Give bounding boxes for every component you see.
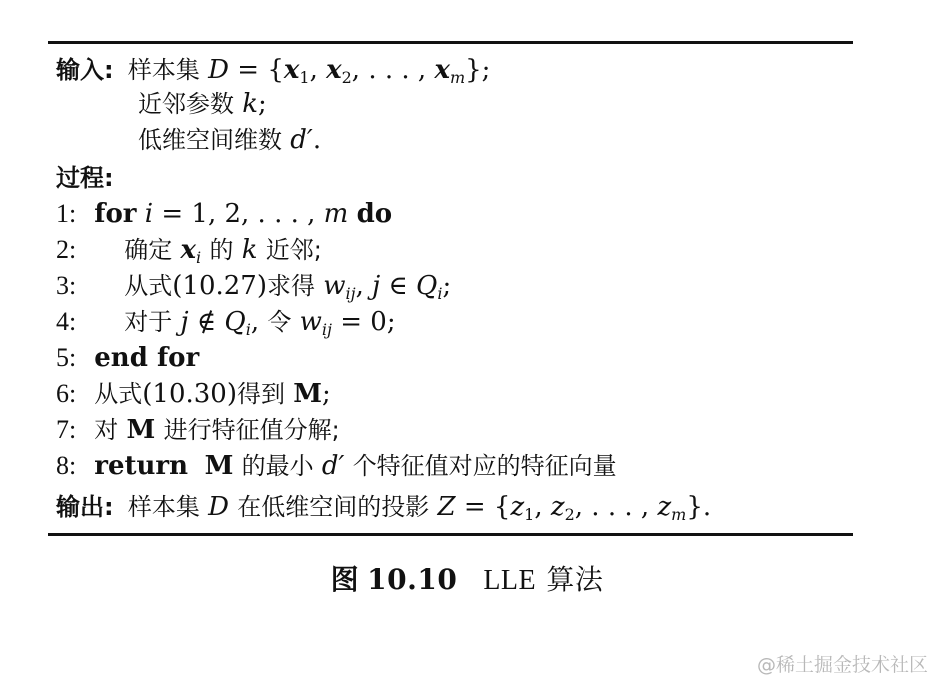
subscript: 1	[299, 68, 309, 87]
var-j: j	[181, 307, 189, 337]
step-number: 6:	[56, 376, 86, 412]
subscript: 2	[565, 505, 575, 524]
var-d-prime: d′	[322, 451, 345, 481]
input-line-2: 近邻参数 k;	[138, 86, 267, 122]
var-z: z	[510, 492, 524, 522]
element-of: ∈	[380, 271, 416, 301]
step-number: 3:	[56, 268, 86, 304]
set-end: };	[465, 55, 490, 85]
subscript: ij	[322, 320, 332, 339]
eq: = {	[229, 55, 284, 85]
matrix-M: M	[127, 415, 156, 445]
figure-caption: 图10.10LLE 算法	[0, 560, 934, 601]
step-text: 的	[209, 236, 233, 264]
equation-ref: (10.30)	[142, 379, 237, 409]
var-x: x	[326, 55, 342, 85]
keyword-for: for	[94, 199, 136, 229]
output-label: 输出:	[56, 493, 114, 521]
ellipsis: , . . . ,	[575, 492, 658, 522]
input-text: 样本集	[128, 56, 200, 84]
step-6: 6: 从式(10.30)得到 M;	[56, 376, 331, 412]
caption-title: LLE	[483, 565, 536, 596]
process-label: 过程:	[56, 164, 114, 192]
watermark: @稀土掘金技术社区	[757, 650, 928, 677]
output-line: 输出: 样本集 D 在低维空间的投影 Z = {z1, z2, . . . , …	[56, 489, 711, 525]
var-j: j	[372, 271, 380, 301]
input-line-1: 输入: 样本集 D = {x1, x2, . . . , xm};	[56, 52, 490, 88]
process-heading: 过程:	[56, 160, 114, 196]
step-number: 4:	[56, 304, 86, 340]
matrix-M: M	[205, 451, 234, 481]
punct: .	[313, 125, 321, 155]
step-text: 确定	[124, 236, 172, 264]
step-text: 从式	[124, 272, 172, 300]
step-text: 从式	[94, 380, 142, 408]
step-text: 的最小	[242, 452, 314, 480]
step-4: 4: 对于 j ∉ Qi, 令 wij = 0;	[56, 304, 396, 340]
var-D: D	[208, 55, 229, 85]
var-i: i	[145, 199, 153, 229]
step-text: 近邻;	[266, 236, 322, 264]
subscript: m	[671, 505, 686, 524]
punct: ;	[258, 89, 267, 119]
var-x: x	[284, 55, 300, 85]
step-text: 得到	[237, 380, 285, 408]
range: = 1, 2, . . . ,	[153, 199, 324, 229]
comma: ,	[310, 55, 327, 85]
punct: ;	[322, 379, 331, 409]
step-text: 求得	[267, 272, 315, 300]
subscript: 1	[524, 505, 534, 524]
var-w: w	[300, 307, 322, 337]
subscript: m	[450, 68, 465, 87]
output-text: 样本集	[128, 493, 200, 521]
var-x: x	[434, 55, 450, 85]
step-number: 1:	[56, 196, 86, 232]
caption-number: 10.10	[367, 563, 457, 596]
bottom-rule	[48, 533, 853, 536]
subscript: 2	[342, 68, 352, 87]
var-k: k	[242, 235, 258, 265]
step-8: 8: return M 的最小 d′ 个特征值对应的特征向量	[56, 448, 617, 484]
step-number: 8:	[56, 448, 86, 484]
var-k: k	[242, 89, 258, 119]
step-number: 2:	[56, 232, 86, 268]
comma: ,	[251, 307, 268, 337]
caption-title-cjk: 算法	[546, 563, 603, 596]
var-w: w	[323, 271, 345, 301]
var-Q: Q	[416, 271, 437, 301]
input-line-3: 低维空间维数 d′.	[138, 122, 321, 158]
step-number: 7:	[56, 412, 86, 448]
input-text: 近邻参数	[138, 90, 234, 118]
comma: ,	[356, 271, 373, 301]
input-text: 低维空间维数	[138, 126, 282, 154]
keyword-return: return	[94, 451, 188, 481]
step-text: 个特征值对应的特征向量	[353, 452, 617, 480]
equation-ref: (10.27)	[172, 271, 267, 301]
eq: = {	[456, 492, 511, 522]
input-label: 输入:	[56, 56, 114, 84]
step-2: 2: 确定 xi 的 k 近邻;	[56, 232, 322, 268]
step-number: 5:	[56, 340, 86, 376]
step-7: 7: 对 M 进行特征值分解;	[56, 412, 340, 448]
subscript: ij	[346, 284, 356, 303]
step-text: 对于	[124, 308, 172, 336]
var-z: z	[551, 492, 565, 522]
step-5: 5: end for	[56, 340, 199, 376]
var-m: m	[324, 199, 349, 229]
keyword-do: do	[357, 199, 393, 229]
subscript: i	[196, 248, 201, 267]
comma: ,	[534, 492, 551, 522]
matrix-M: M	[293, 379, 322, 409]
var-D: D	[208, 492, 229, 522]
top-rule	[48, 41, 853, 44]
var-Q: Q	[224, 307, 245, 337]
step-3: 3: 从式(10.27)求得 wij, j ∈ Qi;	[56, 268, 451, 304]
keyword-end-for: end for	[94, 343, 199, 373]
step-text: 令	[267, 308, 291, 336]
set-end: }.	[686, 492, 711, 522]
var-z: z	[657, 492, 671, 522]
step-text: 进行特征值分解;	[164, 416, 340, 444]
step-1: 1: for i = 1, 2, . . . , m do	[56, 196, 392, 232]
var-Z: Z	[438, 492, 456, 522]
var-d-prime: d′	[290, 125, 313, 155]
not-element-of: ∉	[189, 307, 225, 337]
step-text: 对	[94, 416, 118, 444]
output-text: 在低维空间的投影	[237, 493, 429, 521]
var-x: x	[181, 235, 197, 265]
punct: ;	[442, 271, 451, 301]
caption-fig-label: 图	[331, 563, 360, 596]
assignment: = 0;	[332, 307, 396, 337]
ellipsis: , . . . ,	[352, 55, 435, 85]
